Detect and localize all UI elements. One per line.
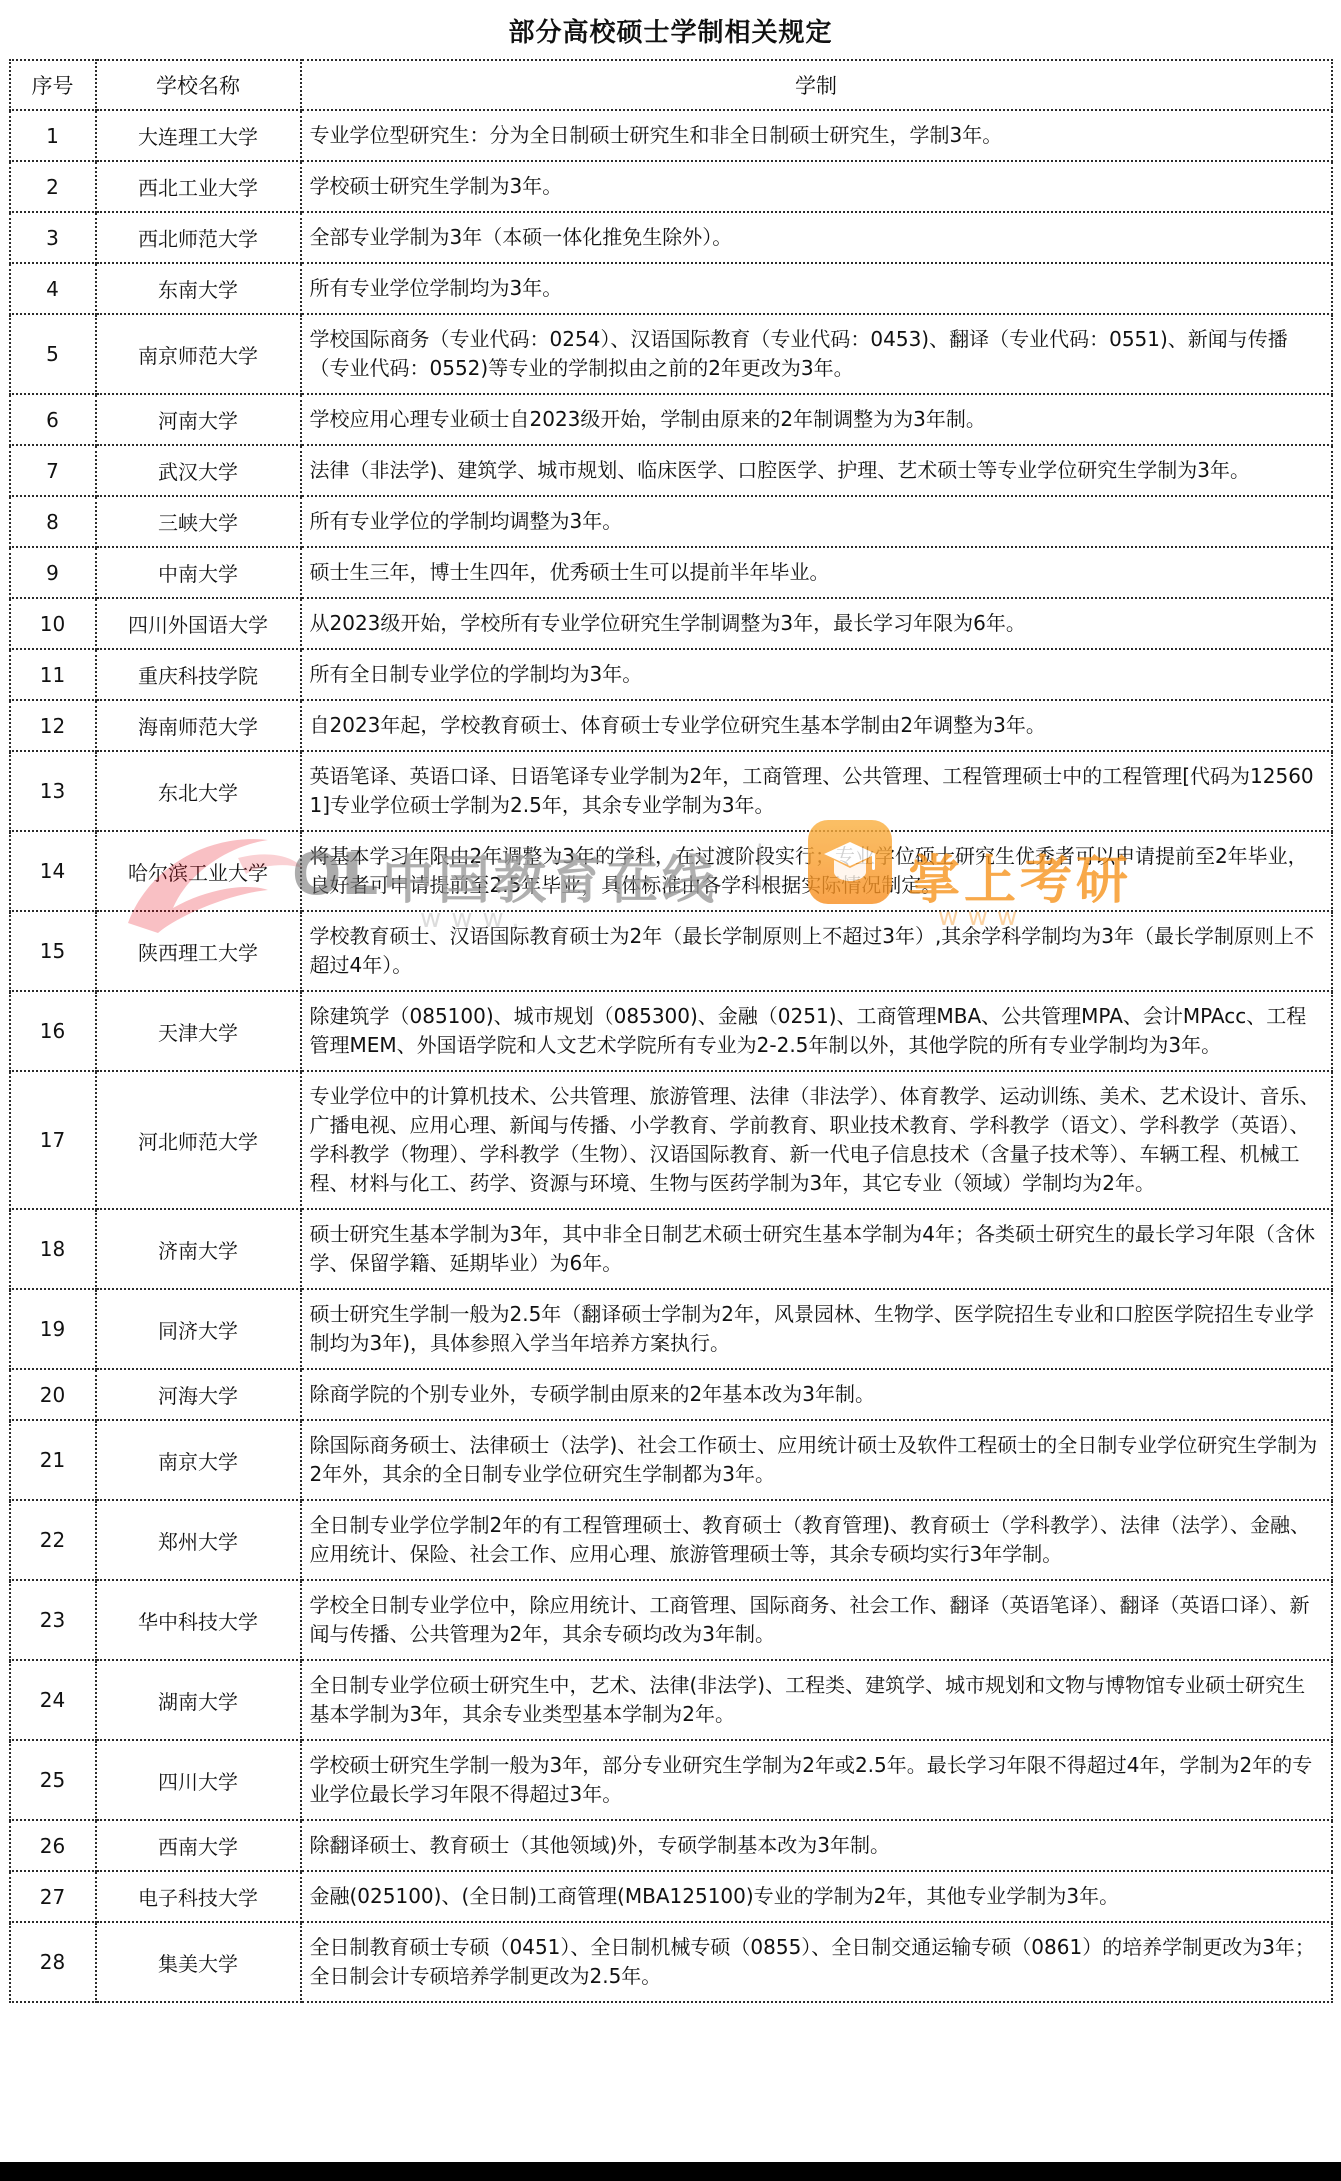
row-number: 20 bbox=[10, 1369, 96, 1420]
school-name: 西北师范大学 bbox=[96, 212, 301, 263]
row-number: 8 bbox=[10, 496, 96, 547]
table-row: 19 同济大学 硕士研究生学制一般为2.5年（翻译硕士学制为2年，风景园林、生物… bbox=[10, 1289, 1332, 1369]
policy-text: 学校硕士研究生学制一般为3年，部分专业研究生学制为2年或2.5年。最长学习年限不… bbox=[301, 1740, 1332, 1820]
policy-text: 金融(025100)、(全日制)工商管理(MBA125100)专业的学制为2年，… bbox=[301, 1871, 1332, 1922]
col-header-school: 学校名称 bbox=[96, 60, 301, 110]
row-number: 14 bbox=[10, 831, 96, 911]
policy-text: 学校应用心理专业硕士自2023级开始，学制由原来的2年制调整为为3年制。 bbox=[301, 394, 1332, 445]
row-number: 23 bbox=[10, 1580, 96, 1660]
school-name: 河南大学 bbox=[96, 394, 301, 445]
school-name: 四川外国语大学 bbox=[96, 598, 301, 649]
page: 部分高校硕士学制相关规定 序号 学校名称 学制 1 大连理工大学 专业学位型研究… bbox=[0, 0, 1341, 2181]
policy-text: 从2023级开始，学校所有专业学位研究生学制调整为3年，最长学习年限为6年。 bbox=[301, 598, 1332, 649]
school-name: 陕西理工大学 bbox=[96, 911, 301, 991]
policy-text: 全日制专业学位学制2年的有工程管理硕士、教育硕士（教育管理)、教育硕士（学科教学… bbox=[301, 1500, 1332, 1580]
policy-text: 学校硕士研究生学制为3年。 bbox=[301, 161, 1332, 212]
policy-text: 除国际商务硕士、法律硕士（法学)、社会工作硕士、应用统计硕士及软件工程硕士的全日… bbox=[301, 1420, 1332, 1500]
policy-text: 除商学院的个别专业外，专硕学制由原来的2年基本改为3年制。 bbox=[301, 1369, 1332, 1420]
table-row: 11 重庆科技学院 所有全日制专业学位的学制均为3年。 bbox=[10, 649, 1332, 700]
policy-text: 将基本学习年限由2年调整为3年的学科，在过渡阶段实行；专业学位硕士研究生优秀者可… bbox=[301, 831, 1332, 911]
policy-text: 全部专业学制为3年（本硕一体化推免生除外）。 bbox=[301, 212, 1332, 263]
school-name: 四川大学 bbox=[96, 1740, 301, 1820]
table-row: 6 河南大学 学校应用心理专业硕士自2023级开始，学制由原来的2年制调整为为3… bbox=[10, 394, 1332, 445]
table-row: 3 西北师范大学 全部专业学制为3年（本硕一体化推免生除外）。 bbox=[10, 212, 1332, 263]
policy-text: 法律（非法学)、建筑学、城市规划、临床医学、口腔医学、护理、艺术硕士等专业学位研… bbox=[301, 445, 1332, 496]
table-row: 16 天津大学 除建筑学（085100)、城市规划（085300)、金融（025… bbox=[10, 991, 1332, 1071]
table-row: 10 四川外国语大学 从2023级开始，学校所有专业学位研究生学制调整为3年，最… bbox=[10, 598, 1332, 649]
table-row: 4 东南大学 所有专业学位学制均为3年。 bbox=[10, 263, 1332, 314]
bottom-black-bar bbox=[0, 2162, 1341, 2181]
table-row: 25 四川大学 学校硕士研究生学制一般为3年，部分专业研究生学制为2年或2.5年… bbox=[10, 1740, 1332, 1820]
table-row: 1 大连理工大学 专业学位型研究生：分为全日制硕士研究生和非全日制硕士研究生，学… bbox=[10, 110, 1332, 161]
table-row: 18 济南大学 硕士研究生基本学制为3年，其中非全日制艺术硕士研究生基本学制为4… bbox=[10, 1209, 1332, 1289]
row-number: 9 bbox=[10, 547, 96, 598]
school-name: 武汉大学 bbox=[96, 445, 301, 496]
row-number: 12 bbox=[10, 700, 96, 751]
policy-text: 除建筑学（085100)、城市规划（085300)、金融（0251)、工商管理M… bbox=[301, 991, 1332, 1071]
policy-text: 学校全日制专业学位中，除应用统计、工商管理、国际商务、社会工作、翻译（英语笔译）… bbox=[301, 1580, 1332, 1660]
policy-text: 所有专业学位的学制均调整为3年。 bbox=[301, 496, 1332, 547]
table-row: 12 海南师范大学 自2023年起，学校教育硕士、体育硕士专业学位研究生基本学制… bbox=[10, 700, 1332, 751]
table-row: 9 中南大学 硕士生三年，博士生四年，优秀硕士生可以提前半年毕业。 bbox=[10, 547, 1332, 598]
table-row: 28 集美大学 全日制教育硕士专硕（0451）、全日制机械专硕（0855）、全日… bbox=[10, 1922, 1332, 2002]
table-row: 7 武汉大学 法律（非法学)、建筑学、城市规划、临床医学、口腔医学、护理、艺术硕… bbox=[10, 445, 1332, 496]
table-row: 27 电子科技大学 金融(025100)、(全日制)工商管理(MBA125100… bbox=[10, 1871, 1332, 1922]
school-name: 电子科技大学 bbox=[96, 1871, 301, 1922]
school-name: 湖南大学 bbox=[96, 1660, 301, 1740]
row-number: 10 bbox=[10, 598, 96, 649]
page-title: 部分高校硕士学制相关规定 bbox=[0, 0, 1341, 59]
row-number: 16 bbox=[10, 991, 96, 1071]
table-row: 17 河北师范大学 专业学位中的计算机技术、公共管理、旅游管理、法律（非法学）、… bbox=[10, 1071, 1332, 1209]
row-number: 1 bbox=[10, 110, 96, 161]
row-number: 26 bbox=[10, 1820, 96, 1871]
row-number: 24 bbox=[10, 1660, 96, 1740]
school-name: 南京师范大学 bbox=[96, 314, 301, 394]
school-name: 重庆科技学院 bbox=[96, 649, 301, 700]
row-number: 19 bbox=[10, 1289, 96, 1369]
school-name: 三峡大学 bbox=[96, 496, 301, 547]
col-header-no: 序号 bbox=[10, 60, 96, 110]
school-name: 大连理工大学 bbox=[96, 110, 301, 161]
row-number: 4 bbox=[10, 263, 96, 314]
school-name: 郑州大学 bbox=[96, 1500, 301, 1580]
table-row: 26 西南大学 除翻译硕士、教育硕士（其他领域)外，专硕学制基本改为3年制。 bbox=[10, 1820, 1332, 1871]
row-number: 21 bbox=[10, 1420, 96, 1500]
school-name: 西南大学 bbox=[96, 1820, 301, 1871]
row-number: 27 bbox=[10, 1871, 96, 1922]
row-number: 11 bbox=[10, 649, 96, 700]
school-name: 海南师范大学 bbox=[96, 700, 301, 751]
policy-text: 硕士生三年，博士生四年，优秀硕士生可以提前半年毕业。 bbox=[301, 547, 1332, 598]
row-number: 18 bbox=[10, 1209, 96, 1289]
table-row: 24 湖南大学 全日制专业学位硕士研究生中，艺术、法律(非法学)、工程类、建筑学… bbox=[10, 1660, 1332, 1740]
policy-text: 专业学位中的计算机技术、公共管理、旅游管理、法律（非法学）、体育教学、运动训练、… bbox=[301, 1071, 1332, 1209]
header-row: 序号 学校名称 学制 bbox=[10, 60, 1332, 110]
policy-text: 所有专业学位学制均为3年。 bbox=[301, 263, 1332, 314]
school-name: 中南大学 bbox=[96, 547, 301, 598]
policy-text: 硕士研究生学制一般为2.5年（翻译硕士学制为2年，风景园林、生物学、医学院招生专… bbox=[301, 1289, 1332, 1369]
row-number: 13 bbox=[10, 751, 96, 831]
school-name: 哈尔滨工业大学 bbox=[96, 831, 301, 911]
policy-text: 除翻译硕士、教育硕士（其他领域)外，专硕学制基本改为3年制。 bbox=[301, 1820, 1332, 1871]
row-number: 6 bbox=[10, 394, 96, 445]
row-number: 5 bbox=[10, 314, 96, 394]
school-name: 东北大学 bbox=[96, 751, 301, 831]
policy-text: 所有全日制专业学位的学制均为3年。 bbox=[301, 649, 1332, 700]
table-row: 14 哈尔滨工业大学 将基本学习年限由2年调整为3年的学科，在过渡阶段实行；专业… bbox=[10, 831, 1332, 911]
row-number: 7 bbox=[10, 445, 96, 496]
policy-text: 全日制教育硕士专硕（0451）、全日制机械专硕（0855）、全日制交通运输专硕（… bbox=[301, 1922, 1332, 2002]
row-number: 17 bbox=[10, 1071, 96, 1209]
school-name: 天津大学 bbox=[96, 991, 301, 1071]
school-name: 集美大学 bbox=[96, 1922, 301, 2002]
policy-text: 学校教育硕士、汉语国际教育硕士为2年（最长学制原则上不超过3年）,其余学科学制均… bbox=[301, 911, 1332, 991]
table-row: 20 河海大学 除商学院的个别专业外，专硕学制由原来的2年基本改为3年制。 bbox=[10, 1369, 1332, 1420]
school-name: 济南大学 bbox=[96, 1209, 301, 1289]
school-name: 河海大学 bbox=[96, 1369, 301, 1420]
school-name: 河北师范大学 bbox=[96, 1071, 301, 1209]
row-number: 22 bbox=[10, 1500, 96, 1580]
row-number: 3 bbox=[10, 212, 96, 263]
policy-text: 英语笔译、英语口译、日语笔译专业学制为2年，工商管理、公共管理、工程管理硕士中的… bbox=[301, 751, 1332, 831]
row-number: 2 bbox=[10, 161, 96, 212]
school-name: 华中科技大学 bbox=[96, 1580, 301, 1660]
row-number: 28 bbox=[10, 1922, 96, 2002]
policy-text: 硕士研究生基本学制为3年，其中非全日制艺术硕士研究生基本学制为4年；各类硕士研究… bbox=[301, 1209, 1332, 1289]
regulations-table: 序号 学校名称 学制 1 大连理工大学 专业学位型研究生：分为全日制硕士研究生和… bbox=[9, 59, 1333, 2003]
school-name: 南京大学 bbox=[96, 1420, 301, 1500]
table-row: 2 西北工业大学 学校硕士研究生学制为3年。 bbox=[10, 161, 1332, 212]
school-name: 西北工业大学 bbox=[96, 161, 301, 212]
table-row: 15 陕西理工大学 学校教育硕士、汉语国际教育硕士为2年（最长学制原则上不超过3… bbox=[10, 911, 1332, 991]
school-name: 同济大学 bbox=[96, 1289, 301, 1369]
policy-text: 自2023年起，学校教育硕士、体育硕士专业学位研究生基本学制由2年调整为3年。 bbox=[301, 700, 1332, 751]
policy-text: 全日制专业学位硕士研究生中，艺术、法律(非法学)、工程类、建筑学、城市规划和文物… bbox=[301, 1660, 1332, 1740]
row-number: 15 bbox=[10, 911, 96, 991]
policy-text: 专业学位型研究生：分为全日制硕士研究生和非全日制硕士研究生，学制3年。 bbox=[301, 110, 1332, 161]
table-row: 22 郑州大学 全日制专业学位学制2年的有工程管理硕士、教育硕士（教育管理)、教… bbox=[10, 1500, 1332, 1580]
table-row: 13 东北大学 英语笔译、英语口译、日语笔译专业学制为2年，工商管理、公共管理、… bbox=[10, 751, 1332, 831]
table-row: 21 南京大学 除国际商务硕士、法律硕士（法学)、社会工作硕士、应用统计硕士及软… bbox=[10, 1420, 1332, 1500]
policy-text: 学校国际商务（专业代码：0254）、汉语国际教育（专业代码：0453)、翻译（专… bbox=[301, 314, 1332, 394]
col-header-policy: 学制 bbox=[301, 60, 1332, 110]
school-name: 东南大学 bbox=[96, 263, 301, 314]
table-body: 1 大连理工大学 专业学位型研究生：分为全日制硕士研究生和非全日制硕士研究生，学… bbox=[10, 110, 1332, 2002]
row-number: 25 bbox=[10, 1740, 96, 1820]
table-row: 5 南京师范大学 学校国际商务（专业代码：0254）、汉语国际教育（专业代码：0… bbox=[10, 314, 1332, 394]
table-row: 23 华中科技大学 学校全日制专业学位中，除应用统计、工商管理、国际商务、社会工… bbox=[10, 1580, 1332, 1660]
table-row: 8 三峡大学 所有专业学位的学制均调整为3年。 bbox=[10, 496, 1332, 547]
